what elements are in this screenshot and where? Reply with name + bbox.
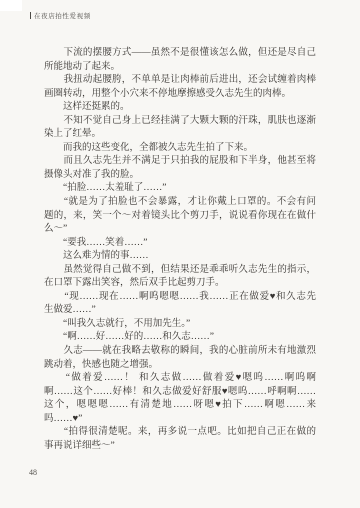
text-line: “就是为了拍脸也不会暴露，才让你戴上口罩的。不会有问 <box>44 196 316 210</box>
header-rule <box>30 12 31 19</box>
text-line: 虽然觉得自己做不到，但结果还是乖乖听久志先生的指示， <box>44 264 316 278</box>
page-number: 48 <box>29 468 37 477</box>
text-line: 这么难为情的事…… <box>44 250 316 264</box>
text-line: 题的，来，笑一个～对着镜头比个剪刀手，说说看你现在在做什 <box>44 210 316 224</box>
text-line: “啊……好……好的……和久志……” <box>44 331 316 345</box>
text-line: “现……现在……啊呜嗯嗯……我……正在做爱♥和久志先 <box>44 291 316 305</box>
text-line: “拍得很清楚呢。来，再多说一点吧。比如把自己正在做的 <box>44 426 316 440</box>
text-line: 摄像头对准了我的脸。 <box>44 169 316 183</box>
text-line: 下流的摆腰方式——虽然不是很懂该怎么做，但还是尽自己 <box>44 47 316 61</box>
text-line: 吗……♥” <box>44 413 316 427</box>
text-line: 事再说详细些～” <box>44 440 316 454</box>
running-header: 在夜店拍性爱视频 <box>30 12 91 21</box>
text-line: 啊……这个……好棒！和久志做爱好舒服♥嗯呜……呼啊啊…… <box>44 386 316 400</box>
text-line: 而我的这些变化，全都被久志先生拍了下来。 <box>44 142 316 156</box>
text-line: 所能地动了起来。 <box>44 61 316 75</box>
running-header-title: 在夜店拍性爱视频 <box>34 13 91 20</box>
text-line: 染上了红晕。 <box>44 128 316 142</box>
text-line: 不知不觉自己身上已经挂满了大颗大颗的汗珠，肌肤也逐渐 <box>44 115 316 129</box>
text-line: “拍脸……太羞耻了……” <box>44 182 316 196</box>
text-line: “做着爱……！ 和久志做……做着爱♥嗯呜……啊呜啊 <box>44 372 316 386</box>
book-page: 在夜店拍性爱视频 下流的摆腰方式——虽然不是很懂该怎么做，但还是尽自己所能地动了… <box>0 0 360 508</box>
text-line: 这样还挺累的。 <box>44 101 316 115</box>
text-line: 么～” <box>44 223 316 237</box>
text-line: “叫我久志就行，不用加先生。” <box>44 318 316 332</box>
text-line: 跳动着，快感也随之增强。 <box>44 359 316 373</box>
body-text: 下流的摆腰方式——虽然不是很懂该怎么做，但还是尽自己所能地动了起来。 我扭动起腰… <box>44 47 316 453</box>
text-line: 画圈转动，用整个小穴来不停地摩擦感受久志先生的肉棒。 <box>44 88 316 102</box>
text-line: 生做爱……” <box>44 304 316 318</box>
text-line: 而且久志先生并不满足于只拍我的屁股和下半身，他甚至将 <box>44 155 316 169</box>
text-line: 我扭动起腰胯，不单单是让肉棒前后进出，还会试缠着肉棒 <box>44 74 316 88</box>
text-line: 久志——就在我略去敬称的瞬间，我的心脏前所未有地激烈 <box>44 345 316 359</box>
page-corner-highlight <box>0 0 22 11</box>
text-line: 在口罩下露出笑容，然后双手比起剪刀手。 <box>44 277 316 291</box>
text-line: “要我……笑着……” <box>44 237 316 251</box>
text-line: 这个，嗯嗯嗯……有清楚地……呀嗯♥拍下……啊嗯……来 <box>44 399 316 413</box>
